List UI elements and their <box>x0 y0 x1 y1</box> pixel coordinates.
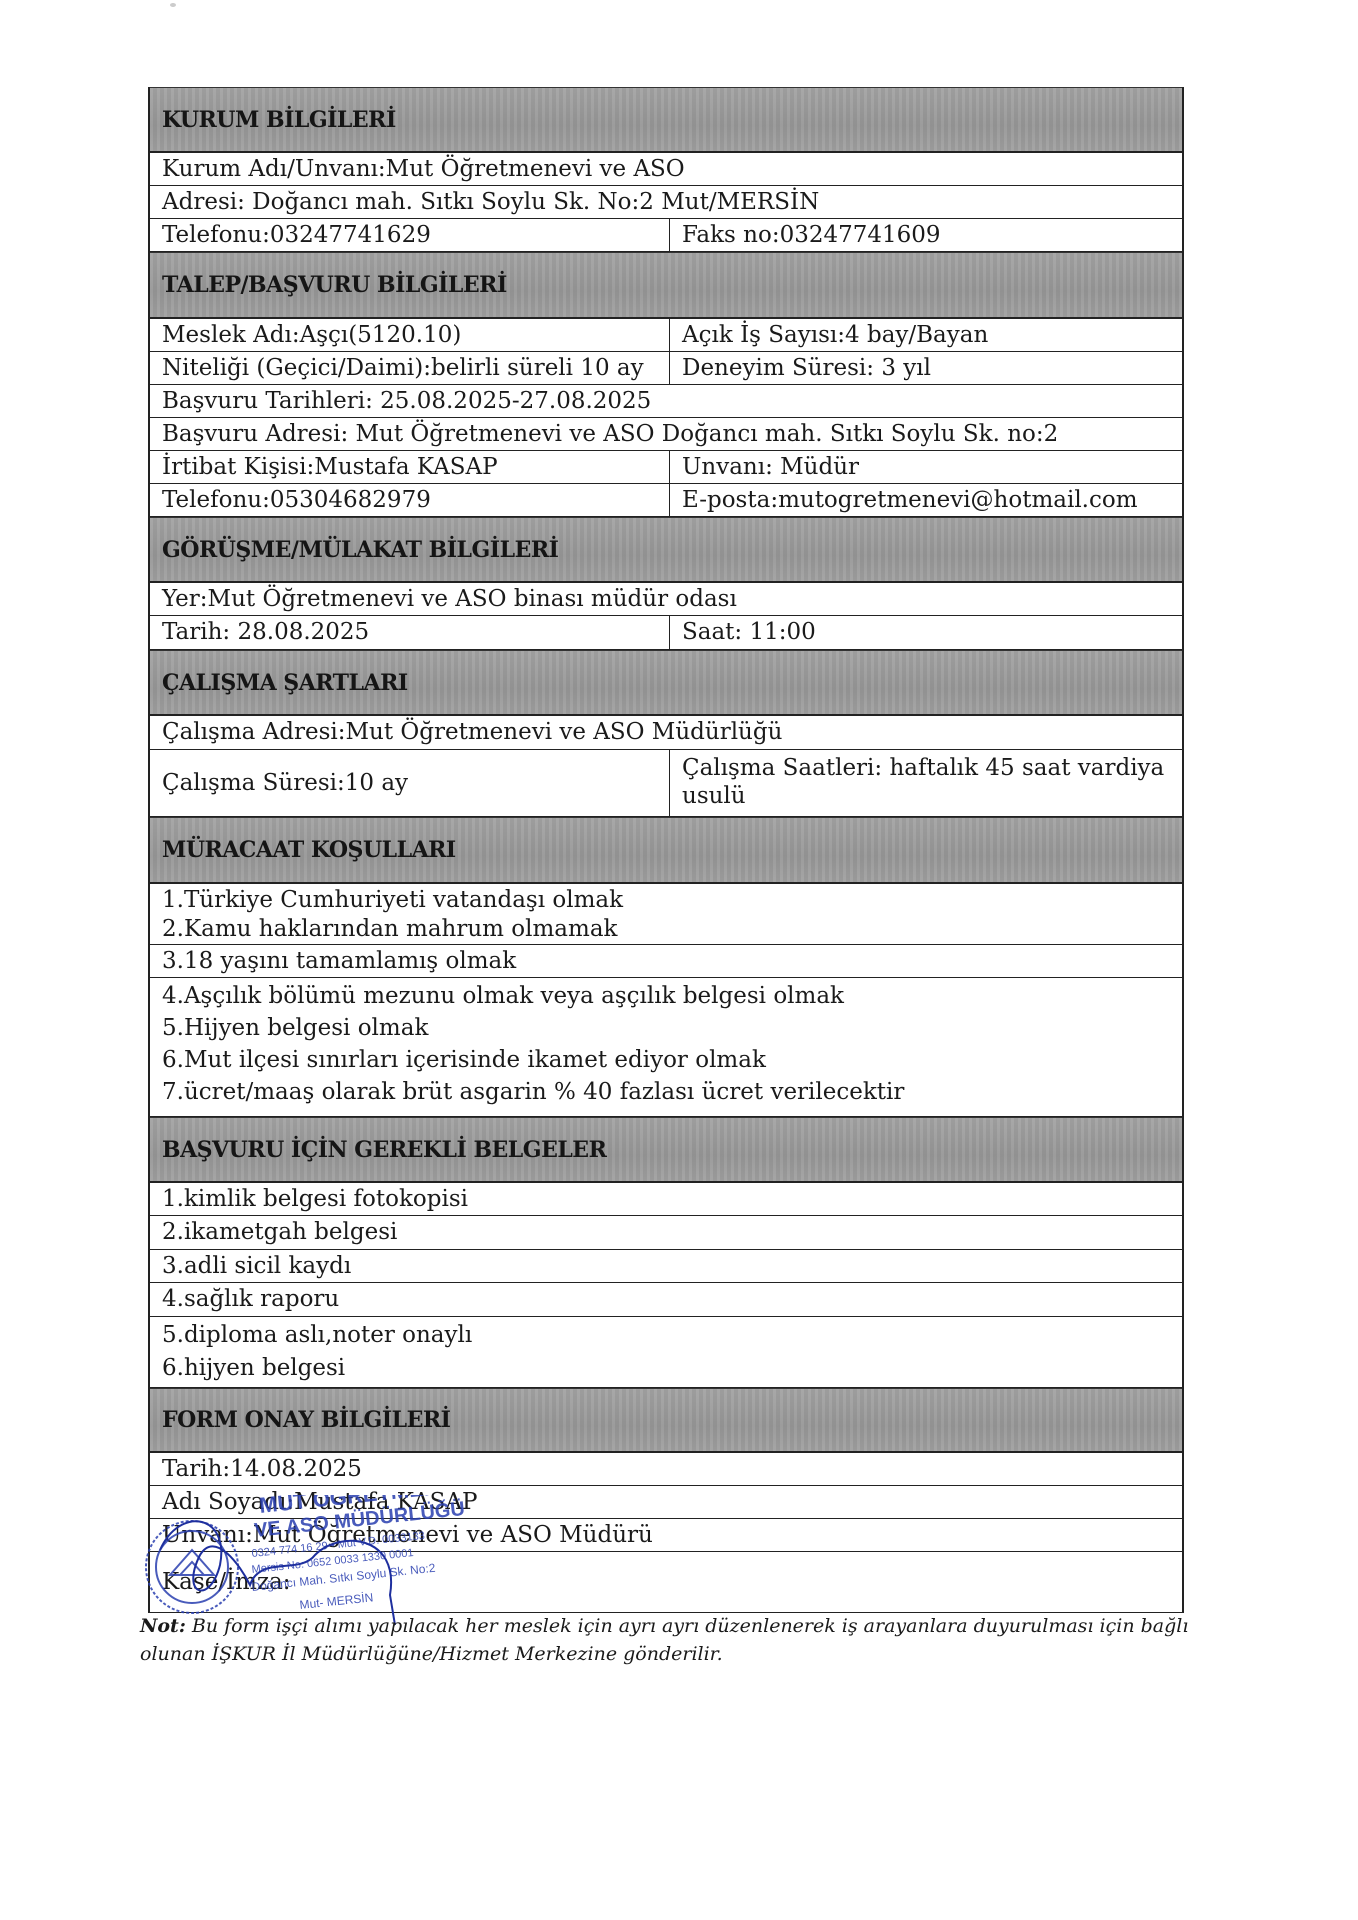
calisma-adresi-field: Çalışma Adresi:Mut Öğretmenevi ve ASO Mü… <box>150 716 1182 749</box>
row-kosul-4-7: 4.Aşçılık bölümü mezunu olmak veya aşçıl… <box>150 978 1182 1117</box>
scan-artifact <box>170 3 176 7</box>
section-header-gorusme: GÖRÜŞME/MÜLAKAT BİLGİLERİ <box>150 517 1182 583</box>
section-header-onay: FORM ONAY BİLGİLERİ <box>150 1388 1182 1453</box>
faks-field: Faks no:03247741609 <box>670 219 1182 251</box>
list-item: 5.diploma aslı,noter onaylı <box>162 1319 1170 1352</box>
row-kase-imza: Kaşe/İmza: <box>150 1552 1182 1613</box>
section-title: BAŞVURU İÇİN GEREKLİ BELGELER <box>162 1137 606 1163</box>
row-yer: Yer:Mut Öğretmenevi ve ASO binası müdür … <box>150 583 1182 616</box>
yer-field: Yer:Mut Öğretmenevi ve ASO binası müdür … <box>150 583 1182 615</box>
row-kosul-1-2: 1.Türkiye Cumhuriyeti vatandaşı olmak 2.… <box>150 884 1182 945</box>
onay-unvan-field: Unvanı:Mut Öğretmenevi ve ASO Müdürü <box>150 1519 1182 1551</box>
row-tarih-saat: Tarih: 28.08.2025 Saat: 11:00 <box>150 616 1182 650</box>
basvuru-tarihleri-field: Başvuru Tarihleri: 25.08.2025-27.08.2025 <box>150 385 1182 417</box>
list-item: 5.Hijyen belgesi olmak <box>162 1012 1170 1044</box>
list-item: 1.Türkiye Cumhuriyeti vatandaşı olmak <box>162 886 1170 915</box>
deneyim-field: Deneyim Süresi: 3 yıl <box>670 352 1182 384</box>
row-belge-1: 1.kimlik belgesi fotokopisi <box>150 1183 1182 1216</box>
calisma-saatleri-line1: Çalışma Saatleri: haftalık 45 saat vardi… <box>682 754 1170 782</box>
row-belge-5-6: 5.diploma aslı,noter onaylı 6.hijyen bel… <box>150 1317 1182 1388</box>
section-header-talep: TALEP/BAŞVURU BİLGİLERİ <box>150 252 1182 319</box>
section-title: MÜRACAAT KOŞULLARI <box>162 837 456 863</box>
list-item: 1.kimlik belgesi fotokopisi <box>150 1183 1182 1215</box>
note-text: Bu form işçi alımı yapılacak her meslek … <box>140 1615 1188 1665</box>
list-item: 6.hijyen belgesi <box>162 1352 1170 1385</box>
section-header-belgeler: BAŞVURU İÇİN GEREKLİ BELGELER <box>150 1117 1182 1183</box>
row-nitelik: Niteliği (Geçici/Daimi):belirli süreli 1… <box>150 352 1182 385</box>
tarih-field: Tarih: 28.08.2025 <box>150 616 670 649</box>
adi-soyadi-field: Adı Soyadı:Mustafa KASAP <box>150 1486 1182 1518</box>
list-item: 2.ikametgah belgesi <box>150 1216 1182 1249</box>
kosul-list: 1.Türkiye Cumhuriyeti vatandaşı olmak 2.… <box>150 884 1182 944</box>
list-item: 4.Aşçılık bölümü mezunu olmak veya aşçıl… <box>162 980 1170 1012</box>
section-title: TALEP/BAŞVURU BİLGİLERİ <box>162 272 507 298</box>
kase-imza-field: Kaşe/İmza: <box>150 1552 1182 1612</box>
footer-note: Not: Bu form işçi alımı yapılacak her me… <box>140 1612 1200 1668</box>
adres-field: Adresi: Doğancı mah. Sıtkı Soylu Sk. No:… <box>150 186 1182 218</box>
section-title: GÖRÜŞME/MÜLAKAT BİLGİLERİ <box>162 537 558 563</box>
section-title: FORM ONAY BİLGİLERİ <box>162 1407 450 1433</box>
telefon-field: Telefonu:05304682979 <box>150 484 670 516</box>
kase-imza-label: Kaşe/İmza: <box>162 1567 291 1598</box>
kurum-adi-field: Kurum Adı/Unvanı:Mut Öğretmenevi ve ASO <box>150 153 1182 185</box>
calisma-saatleri-line2: usulü <box>682 782 1170 810</box>
job-posting-form: KURUM BİLGİLERİ Kurum Adı/Unvanı:Mut Öğr… <box>148 87 1184 1613</box>
eposta-field: E-posta:mutogretmenevi@hotmail.com <box>670 484 1182 516</box>
row-iletisim: Telefonu:05304682979 E-posta:mutogretmen… <box>150 484 1182 517</box>
calisma-saatleri-field: Çalışma Saatleri: haftalık 45 saat vardi… <box>670 750 1182 816</box>
saat-field: Saat: 11:00 <box>670 616 1182 649</box>
list-item: 3.18 yaşını tamamlamış olmak <box>150 945 1182 977</box>
row-belge-3: 3.adli sicil kaydı <box>150 1250 1182 1283</box>
belge-list: 5.diploma aslı,noter onaylı 6.hijyen bel… <box>150 1317 1182 1387</box>
kosul-list: 4.Aşçılık bölümü mezunu olmak veya aşçıl… <box>150 978 1182 1116</box>
basvuru-adresi-field: Başvuru Adresi: Mut Öğretmenevi ve ASO D… <box>150 418 1182 450</box>
row-calisma-sure-saat: Çalışma Süresi:10 ay Çalışma Saatleri: h… <box>150 750 1182 817</box>
row-adi-soyadi: Adı Soyadı:Mustafa KASAP <box>150 1486 1182 1519</box>
row-belge-2: 2.ikametgah belgesi <box>150 1216 1182 1250</box>
section-header-calisma: ÇALIŞMA ŞARTLARI <box>150 650 1182 716</box>
calisma-suresi-field: Çalışma Süresi:10 ay <box>150 750 670 816</box>
row-belge-4: 4.sağlık raporu <box>150 1283 1182 1317</box>
row-onay-tarih: Tarih:14.08.2025 <box>150 1453 1182 1486</box>
irtibat-kisisi-field: İrtibat Kişisi:Mustafa KASAP <box>150 451 670 483</box>
unvan-field: Unvanı: Müdür <box>670 451 1182 483</box>
acik-is-sayisi-field: Açık İş Sayısı:4 bay/Bayan <box>670 319 1182 351</box>
telefon-field: Telefonu:03247741629 <box>150 219 670 251</box>
list-item: 4.sağlık raporu <box>150 1283 1182 1316</box>
section-title: KURUM BİLGİLERİ <box>162 107 396 133</box>
section-title: ÇALIŞMA ŞARTLARI <box>162 670 408 696</box>
row-basvuru-adresi: Başvuru Adresi: Mut Öğretmenevi ve ASO D… <box>150 418 1182 451</box>
section-header-muracaat: MÜRACAAT KOŞULLARI <box>150 817 1182 884</box>
list-item: 6.Mut ilçesi sınırları içerisinde ikamet… <box>162 1044 1170 1076</box>
row-meslek: Meslek Adı:Aşçı(5120.10) Açık İş Sayısı:… <box>150 319 1182 352</box>
row-kurum-adi: Kurum Adı/Unvanı:Mut Öğretmenevi ve ASO <box>150 153 1182 186</box>
onay-tarih-field: Tarih:14.08.2025 <box>150 1453 1182 1485</box>
list-item: 2.Kamu haklarından mahrum olmamak <box>162 915 1170 944</box>
row-telefon-faks: Telefonu:03247741629 Faks no:03247741609 <box>150 219 1182 252</box>
row-onay-unvan: Unvanı:Mut Öğretmenevi ve ASO Müdürü <box>150 1519 1182 1552</box>
meslek-adi-field: Meslek Adı:Aşçı(5120.10) <box>150 319 670 351</box>
note-label: Not: <box>140 1615 186 1637</box>
row-kosul-3: 3.18 yaşını tamamlamış olmak <box>150 945 1182 978</box>
row-adres: Adresi: Doğancı mah. Sıtkı Soylu Sk. No:… <box>150 186 1182 219</box>
row-basvuru-tarihleri: Başvuru Tarihleri: 25.08.2025-27.08.2025 <box>150 385 1182 418</box>
row-calisma-adresi: Çalışma Adresi:Mut Öğretmenevi ve ASO Mü… <box>150 716 1182 750</box>
nitelik-field: Niteliği (Geçici/Daimi):belirli süreli 1… <box>150 352 670 384</box>
list-item: 3.adli sicil kaydı <box>150 1250 1182 1282</box>
calisma-suresi-text: Çalışma Süresi:10 ay <box>162 768 408 799</box>
row-irtibat: İrtibat Kişisi:Mustafa KASAP Unvanı: Müd… <box>150 451 1182 484</box>
section-header-kurum: KURUM BİLGİLERİ <box>150 87 1182 153</box>
list-item: 7.ücret/maaş olarak brüt asgarin % 40 fa… <box>162 1076 1170 1108</box>
